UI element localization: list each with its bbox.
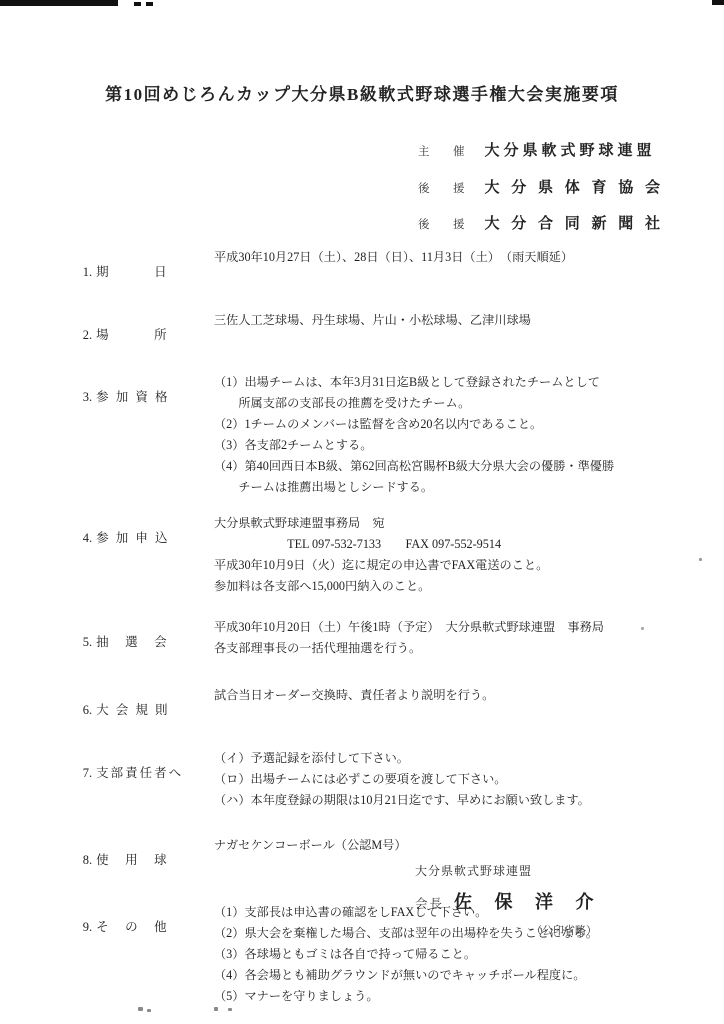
item-heading: 6.大 会 規 則	[64, 685, 214, 733]
item-content: 大分県軟式野球連盟事務局 宛 TEL 097-532-7133 FAX 097-…	[214, 513, 676, 597]
item-label: 抽 選 会	[96, 635, 169, 649]
organizer-name: 大 分 県 体 育 協 会	[485, 180, 665, 196]
numbered-item: 1.期 日 平成30年10月27日（土）、28日（日）、11月3日（土） （雨天…	[64, 247, 676, 295]
document-title: 第10回めじろんカップ大分県B級軟式野球選手権大会実施要項	[0, 80, 724, 105]
item-content: （1）出場チームは、本年3月31日迄B級として登録されたチームとして 所属支部の…	[214, 372, 676, 498]
item-line: （3）各球場ともゴミは各自で持って帰ること。	[214, 944, 676, 965]
item-number: 1.	[83, 265, 92, 279]
organizer-block: 主 催大分県軟式野球連盟 後 援大 分 県 体 育 協 会 後 援大 分 合 同…	[418, 139, 664, 249]
item-number: 9.	[83, 920, 92, 934]
item-line: （ハ）本年度登録の期限は10月21日迄です、早めにお願い致します。	[214, 790, 676, 811]
signature-name: 佐 保 洋 介	[454, 892, 603, 912]
item-heading: 9.そ の 他	[64, 902, 214, 1007]
item-content: （イ）予選記録を添付して下さい。（ロ）出場チームには必ずこの要項を渡して下さい。…	[214, 748, 676, 811]
item-label: そ の 他	[96, 920, 169, 934]
item-number: 8.	[83, 853, 92, 867]
item-line: ナガセケンコーボール（公認M号）	[214, 835, 676, 856]
item-line: TEL 097-532-7133 FAX 097-552-9514	[214, 534, 676, 555]
item-heading: 4.参 加 申 込	[64, 513, 214, 597]
item-content: 試合当日オーダー交換時、責任者より説明を行う。	[214, 685, 676, 733]
item-line: （3）各支部2チームとする。	[214, 435, 676, 456]
item-number: 3.	[83, 390, 92, 404]
item-label: 場 所	[96, 328, 169, 342]
scan-speck	[699, 558, 702, 561]
item-content: 三佐人工芝球場、丹生球場、片山・小松球場、乙津川球場	[214, 310, 676, 358]
organizer-name: 大分県軟式野球連盟	[485, 143, 656, 159]
organizer-role: 主 催	[418, 146, 471, 158]
item-heading: 3.参 加 資 格	[64, 372, 214, 498]
item-line: （2）1チームのメンバーは監督を含め20名以内であること。	[214, 414, 676, 435]
item-line: （1）出場チームは、本年3月31日迄B級として登録されたチームとして	[214, 372, 676, 393]
scanned-document: 第10回めじろんカップ大分県B級軟式野球選手権大会実施要項 主 催大分県軟式野球…	[0, 0, 724, 1024]
item-label: 参 加 申 込	[96, 531, 169, 545]
item-label: 支部責任者へ	[96, 766, 183, 780]
item-line: 所属支部の支部長の推薦を受けたチーム。	[214, 393, 676, 414]
item-line: 平成30年10月20日（土）午後1時（予定） 大分県軟式野球連盟 事務局	[214, 617, 676, 638]
signature-name-row: 会長佐 保 洋 介	[415, 888, 625, 914]
scan-speck	[138, 1007, 143, 1011]
item-heading: 5.抽 選 会	[64, 617, 214, 665]
item-line: チームは推薦出場としシードする。	[214, 477, 676, 498]
item-number: 5.	[83, 635, 92, 649]
numbered-item: 6.大 会 規 則 試合当日オーダー交換時、責任者より説明を行う。	[64, 685, 676, 733]
item-heading: 7.支部責任者へ	[64, 748, 214, 811]
item-number: 6.	[83, 703, 92, 717]
item-line: 各支部理事長の一括代理抽選を行う。	[214, 638, 676, 659]
item-line: （4）各会場とも補助グラウンドが無いのでキャッチボール程度に。	[214, 965, 676, 986]
signature-organization: 大分県軟式野球連盟	[415, 862, 625, 879]
item-number: 2.	[83, 328, 92, 342]
item-line: （4）第40回西日本B級、第62回高松宮賜杯B級大分県大会の優勝・準優勝	[214, 456, 676, 477]
scan-artifact-top-bar	[0, 0, 118, 6]
item-number: 4.	[83, 531, 92, 545]
item-label: 使 用 球	[96, 853, 169, 867]
numbered-item: 2.場 所 三佐人工芝球場、丹生球場、片山・小松球場、乙津川球場	[64, 310, 676, 358]
item-number: 7.	[83, 766, 92, 780]
organizer-name: 大 分 合 同 新 聞 社	[485, 216, 665, 232]
item-line: 三佐人工芝球場、丹生球場、片山・小松球場、乙津川球場	[214, 310, 676, 331]
signature-seal-note: （公印省略）	[415, 922, 625, 938]
scan-speck	[147, 1009, 151, 1012]
item-label: 参 加 資 格	[96, 390, 169, 404]
item-line: （5）マナーを守りましょう。	[214, 986, 676, 1007]
organizer-role: 後 援	[418, 183, 471, 195]
item-label: 大 会 規 則	[96, 703, 169, 717]
numbered-item: 5.抽 選 会 平成30年10月20日（土）午後1時（予定） 大分県軟式野球連盟…	[64, 617, 676, 665]
organizer-row: 後 援大 分 県 体 育 協 会	[418, 176, 664, 197]
scan-speck	[228, 1008, 232, 1011]
item-content: 平成30年10月27日（土）、28日（日）、11月3日（土） （雨天順延）	[214, 247, 676, 295]
item-line: 参加料は各支部へ15,000円納入のこと。	[214, 576, 676, 597]
signature-role: 会長	[415, 897, 444, 911]
scan-speck	[214, 1007, 218, 1011]
organizer-row: 主 催大分県軟式野球連盟	[418, 139, 664, 160]
item-heading: 1.期 日	[64, 247, 214, 295]
item-line: （ロ）出場チームには必ずこの要項を渡して下さい。	[214, 769, 676, 790]
item-line: （イ）予選記録を添付して下さい。	[214, 748, 676, 769]
organizer-row: 後 援大 分 合 同 新 聞 社	[418, 212, 664, 233]
item-line: 大分県軟式野球連盟事務局 宛	[214, 513, 676, 534]
item-line: 平成30年10月9日（火）迄に規定の申込書でFAX電送のこと。	[214, 555, 676, 576]
organizer-role: 後 援	[418, 219, 471, 231]
scan-artifact-corner	[712, 0, 724, 5]
item-heading: 2.場 所	[64, 310, 214, 358]
numbered-item: 4.参 加 申 込 大分県軟式野球連盟事務局 宛 TEL 097-532-713…	[64, 513, 676, 597]
item-line: 試合当日オーダー交換時、責任者より説明を行う。	[214, 685, 676, 706]
numbered-item: 3.参 加 資 格 （1）出場チームは、本年3月31日迄B級として登録されたチー…	[64, 372, 676, 498]
item-line: 平成30年10月27日（土）、28日（日）、11月3日（土） （雨天順延）	[214, 247, 676, 268]
item-heading: 8.使 用 球	[64, 835, 214, 883]
signature-block: 大分県軟式野球連盟 会長佐 保 洋 介 （公印省略）	[415, 862, 625, 938]
numbered-item: 7.支部責任者へ （イ）予選記録を添付して下さい。（ロ）出場チームには必ずこの要…	[64, 748, 676, 811]
item-label: 期 日	[96, 265, 169, 279]
item-content: 平成30年10月20日（土）午後1時（予定） 大分県軟式野球連盟 事務局各支部理…	[214, 617, 676, 665]
scan-speck	[641, 627, 644, 630]
scan-artifact-dash	[146, 2, 153, 6]
scan-artifact-dash	[134, 2, 141, 6]
